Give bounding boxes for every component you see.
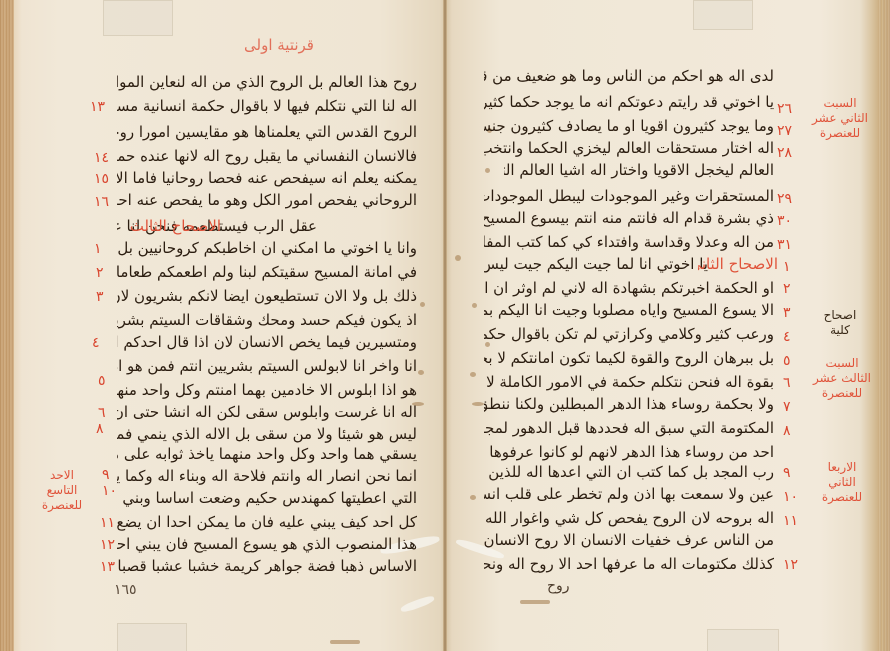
verse-number: ١١	[783, 512, 798, 530]
verse-number: ٢٦	[777, 100, 792, 118]
margin-note-chapter: اصحاح كلية	[815, 308, 865, 338]
text-line: عين ولا سمعت بها اذن ولم تخطر على قلب ان…	[484, 484, 774, 506]
text-line: يا اخوتي انا لما جيت اليكم جيت ليس بنخوة…	[484, 254, 708, 276]
text-line: يمكنه يعلم انه سيفحص عنه فحصا روحانيا فا…	[117, 168, 417, 190]
text-line: وانا يا اخوتي ما امكني ان اخاطبكم كروحان…	[117, 238, 417, 260]
text-line: التي اعطيتها كمهندس حكيم وضعت اساسا وبني…	[117, 488, 417, 510]
verse-number: ١٠	[102, 482, 117, 500]
verse-number: ٤	[92, 334, 100, 352]
text-line: الاساس ذهبا فضة جواهر كريمة خشبا عشبا قص…	[117, 556, 417, 578]
text-line: ليس هو شيئا ولا من سقى بل الاله الذي ينم…	[117, 424, 417, 446]
text-line: اله اختار مستحقات العالم ليخزي الحكما وا…	[484, 138, 774, 160]
page-edges-left	[0, 0, 14, 651]
verse-number: ١٣	[100, 558, 115, 576]
right-page: لدى اله هو احكم من الناس وما هو ضعيف من …	[447, 0, 878, 651]
verse-number: ٩	[783, 464, 791, 482]
verse-number: ٢٧	[777, 122, 792, 140]
page-title: قرنتية اولى	[244, 36, 314, 54]
left-page: قرنتية اولى روح هذا العالم بل الروح الذي…	[14, 0, 443, 651]
text-line: هو اذا ابلوس الا خادمين بهما امنتم وكل و…	[117, 380, 417, 402]
verse-number: ٢٩	[777, 190, 792, 208]
verse-number: ١٥	[94, 170, 109, 188]
text-line: انا واخر انا لابولس السيتم بشريين انتم ف…	[117, 356, 417, 378]
margin-note-liturgical: السبت الثالث عشر للعنصرة	[812, 356, 872, 401]
text-line: هذا المنصوب الذي هو يسوع المسيح فان يبني…	[117, 534, 417, 556]
verse-number: ٢	[783, 280, 791, 298]
verse-number: ١٦	[94, 193, 109, 211]
text-line: اله بروحه لان الروح يفحص كل شي واغوار ال…	[484, 508, 774, 530]
verse-number: ١٢	[783, 556, 798, 574]
verse-number: ٣	[783, 304, 791, 322]
verse-number: ١٠	[783, 488, 798, 506]
text-line: رب المجد بل كما كتب ان التي اعدها اله لل…	[484, 462, 774, 484]
margin-note-liturgical: السبت الثاني عشر للعنصرة	[812, 96, 868, 141]
verse-number: ٧	[783, 398, 791, 416]
text-line: اذ يكون فيكم حسد ومحك وشقاقات السيتم بشر…	[117, 310, 417, 332]
catchword: روح	[547, 578, 570, 594]
text-line: المستحقرات وغير الموجودات ليبطل الموجودا…	[484, 186, 774, 208]
verse-number: ٦	[783, 374, 791, 392]
text-line: اله لنا التي نتكلم فيها لا باقوال حكمة ا…	[117, 96, 417, 118]
text-line: لدى اله هو احكم من الناس وما هو ضعيف من …	[484, 66, 774, 88]
text-line: اله انا غرست وابلوس سقى لكن اله انشا حتى…	[117, 402, 417, 424]
text-line: في امانة المسيح سقيتكم لبنا ولم اطعمكم ط…	[117, 262, 417, 284]
margin-note-liturgical: الاحد التاسع للعنصرة	[34, 468, 90, 513]
verse-number: ١٤	[94, 149, 109, 167]
text-line: بل ببرهان الروح والقوة لكيما تكون امانتك…	[484, 348, 774, 370]
text-line: ورعب كثير وكلامي وكرازتي لم تكن باقوال ح…	[484, 324, 774, 346]
page-edges-right	[878, 0, 890, 651]
verse-number: ٨	[96, 420, 104, 438]
text-line: المكتومة التي سبق اله فحددها قبل الدهور …	[484, 418, 774, 440]
text-line: الا يسوع المسيح واياه مصلوبا وجيت انا ال…	[484, 300, 774, 322]
text-line: ومتسيرين فيما يخص الانسان لان اذا قال اح…	[117, 332, 417, 354]
text-line: يا اخوتي قد رايتم دعوتكم انه ما يوجد حكم…	[484, 92, 774, 114]
verse-number: ١٣	[90, 98, 105, 116]
text-line: من الناس عرف خفيات الانسان الا روح الانس…	[484, 530, 774, 552]
verse-number: ١١	[100, 514, 115, 532]
verse-number: ٢	[96, 264, 104, 282]
verse-number: ١٢	[100, 536, 115, 554]
verse-number: ٥	[783, 352, 791, 370]
verse-number: ١	[94, 240, 102, 258]
manuscript-spread: قرنتية اولى روح هذا العالم بل الروح الذي…	[0, 0, 890, 651]
text-line: كذلك مكتومات اله ما عرفها احد الا روح ال…	[484, 554, 774, 576]
verse-number: ٢٨	[777, 144, 792, 162]
text-line: العالم ليخجل الاقويا واختار اله اشيا الع…	[504, 160, 774, 182]
verse-number: ١	[783, 258, 791, 276]
text-line: الروحاني يفحص امور الكل وهو ما يفحص عنه …	[117, 190, 417, 212]
verse-number: ٤	[783, 328, 791, 346]
text-line: الروح القدس التي يعلمناها هو مقايسين امو…	[117, 122, 417, 144]
verse-number: ٣	[96, 288, 104, 306]
text-line: ذي بشرة قدام اله فانتم منه انتم بيسوع ال…	[484, 208, 774, 230]
text-line: كل احد كيف يبني عليه فان ما يمكن احدا ان…	[117, 512, 417, 534]
verse-number: ٣١	[777, 236, 792, 254]
text-line: ولا بحكمة روساء هذا الدهر المبطلين ولكنا…	[484, 394, 774, 416]
verse-number: ٨	[783, 422, 791, 440]
text-line: يسقي هما واحد وكل واحد منهما ياخذ ثوابه …	[117, 444, 417, 466]
margin-note-liturgical: الاربعا الثاني للعنصرة	[812, 460, 872, 505]
verse-number: ٣٠	[777, 212, 792, 230]
text-line: من اله وعدلا وقداسة وافتداء كي كما كتب ا…	[484, 232, 774, 254]
text-line: انما نحن انصار اله وانتم فلاحة اله وبناء…	[117, 466, 417, 488]
text-line: بقوة اله فنحن نتكلم حكمة في الامور الكام…	[484, 372, 774, 394]
chapter-rubric: الاصحاح الثالث	[111, 216, 221, 238]
folio-number: ١٦٥	[114, 582, 137, 598]
text-line: روح هذا العالم بل الروح الذي من اله لنعا…	[117, 72, 417, 94]
text-line: ذلك بل ولا الان تستطيعون ايضا لانكم بشري…	[117, 286, 417, 308]
text-line: فالانسان النفساني ما يقبل روح اله لانها …	[117, 146, 417, 168]
chapter-rubric: الاصحاح الثاني	[698, 254, 778, 276]
text-line: احد من روساء هذا الدهر لانهم لو كانوا عر…	[484, 442, 774, 464]
verse-number: ٥	[98, 372, 106, 390]
text-line: او الحكمة اخبرتكم بشهادة اله لاني لم اوث…	[484, 278, 774, 300]
text-line: وما يوجد كثيرون اقويا او ما يصادف كثيرون…	[484, 116, 774, 138]
